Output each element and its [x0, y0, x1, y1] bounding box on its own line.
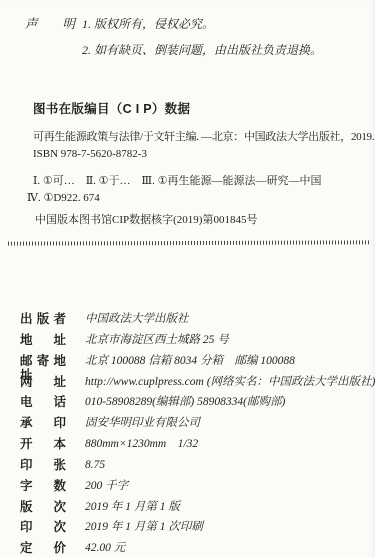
- cip-bibliographic-line: 可再生能源政策与法律/于文轩主编. —北京：中国政法大学出版社，2019. 1: [33, 129, 371, 146]
- colophon-row-word-count: 字数 200 千字: [20, 479, 375, 500]
- colophon-label: 承印: [20, 416, 66, 430]
- colophon-label: 地址: [20, 333, 66, 347]
- cip-record-number-line: 中国版本图书馆CIP数据核字(2019)第001845号: [35, 212, 371, 229]
- colophon-value: 880mm×1230mm 1/32: [85, 437, 198, 451]
- colophon-row-format: 开本 880mm×1230mm 1/32: [20, 437, 375, 458]
- colophon-row-printer: 承印 固安华明印业有限公司: [20, 416, 375, 437]
- colophon-value: 中国政法大学出版社: [85, 312, 189, 326]
- colophon-label: 定价: [20, 541, 66, 555]
- colophon-row-publisher: 出版者 中国政法大学出版社: [20, 312, 375, 333]
- cip-classification-line: Ⅰ. ①可… Ⅱ. ①于… Ⅲ. ①再生能源—能源法—研究—中国: [33, 173, 371, 190]
- colophon-value: 010-58908289(编辑部) 58908334(邮购部): [85, 395, 285, 409]
- notice-label: 声明: [25, 11, 75, 37]
- cip-title: 图书在版编目（C I P）数据: [33, 102, 371, 117]
- colophon-value: 200 千字: [85, 479, 128, 493]
- colophon-table: 出版者 中国政法大学出版社 地址 北京市海淀区西土城路 25 号 邮寄地址 北京…: [20, 312, 375, 557]
- colophon-label: 电话: [20, 395, 66, 409]
- notice-item-2: 2. 如有缺页、倒装问题，由出版社负责退换。: [82, 37, 322, 63]
- colophon-value: http://www.cuplpress.com (网络实名：中国政法大学出版社…: [85, 375, 375, 389]
- cip-isbn-line: ISBN 978-7-5620-8782-3: [33, 146, 371, 163]
- colophon-value: 北京市海淀区西土城路 25 号: [85, 333, 229, 347]
- notice-item-1: 1. 版权所有，侵权必究。: [82, 11, 322, 37]
- colophon-label: 网址: [20, 375, 66, 389]
- colophon-label: 印张: [20, 458, 66, 472]
- colophon-value: 8.75: [85, 458, 105, 472]
- notice-items: 1. 版权所有，侵权必究。 2. 如有缺页、倒装问题，由出版社负责退换。: [82, 11, 322, 63]
- colophon-label: 字数: [20, 479, 66, 493]
- colophon-row-address: 地址 北京市海淀区西土城路 25 号: [20, 333, 375, 354]
- colophon-label: 版次: [20, 500, 66, 514]
- colophon-label: 开本: [20, 437, 66, 451]
- colophon-row-printing: 印次 2019 年 1 月第 1 次印刷: [20, 520, 375, 541]
- colophon-row-price: 定价 42.00 元: [20, 541, 375, 557]
- colophon-value: 2019 年 1 月第 1 次印刷: [85, 520, 203, 534]
- colophon-row-sheets: 印张 8.75: [20, 458, 375, 479]
- colophon-label: 印次: [20, 520, 66, 534]
- colophon-row-website: 网址 http://www.cuplpress.com (网络实名：中国政法大学…: [20, 375, 375, 396]
- colophon-label: 出版者: [20, 312, 66, 326]
- notice-section: 声明 1. 版权所有，侵权必究。 2. 如有缺页、倒装问题，由出版社负责退换。: [25, 11, 322, 63]
- cip-section: 图书在版编目（C I P）数据 可再生能源政策与法律/于文轩主编. —北京：中国…: [33, 102, 371, 229]
- colophon-value: 42.00 元: [85, 541, 125, 555]
- colophon-value: 北京 100088 信箱 8034 分箱 邮编 100088: [85, 354, 295, 368]
- colophon-row-telephone: 电话 010-58908289(编辑部) 58908334(邮购部): [20, 395, 375, 416]
- dashed-divider: [8, 240, 370, 245]
- colophon-value: 2019 年 1 月第 1 版: [85, 500, 180, 514]
- colophon-row-edition: 版次 2019 年 1 月第 1 版: [20, 500, 375, 521]
- book-copyright-page: 声明 1. 版权所有，侵权必究。 2. 如有缺页、倒装问题，由出版社负责退换。 …: [0, 0, 375, 557]
- colophon-row-mailing-address: 邮寄地址 北京 100088 信箱 8034 分箱 邮编 100088: [20, 354, 375, 375]
- cip-class-number-line: Ⅳ. ①D922. 674: [27, 190, 371, 207]
- colophon-value: 固安华明印业有限公司: [85, 416, 200, 430]
